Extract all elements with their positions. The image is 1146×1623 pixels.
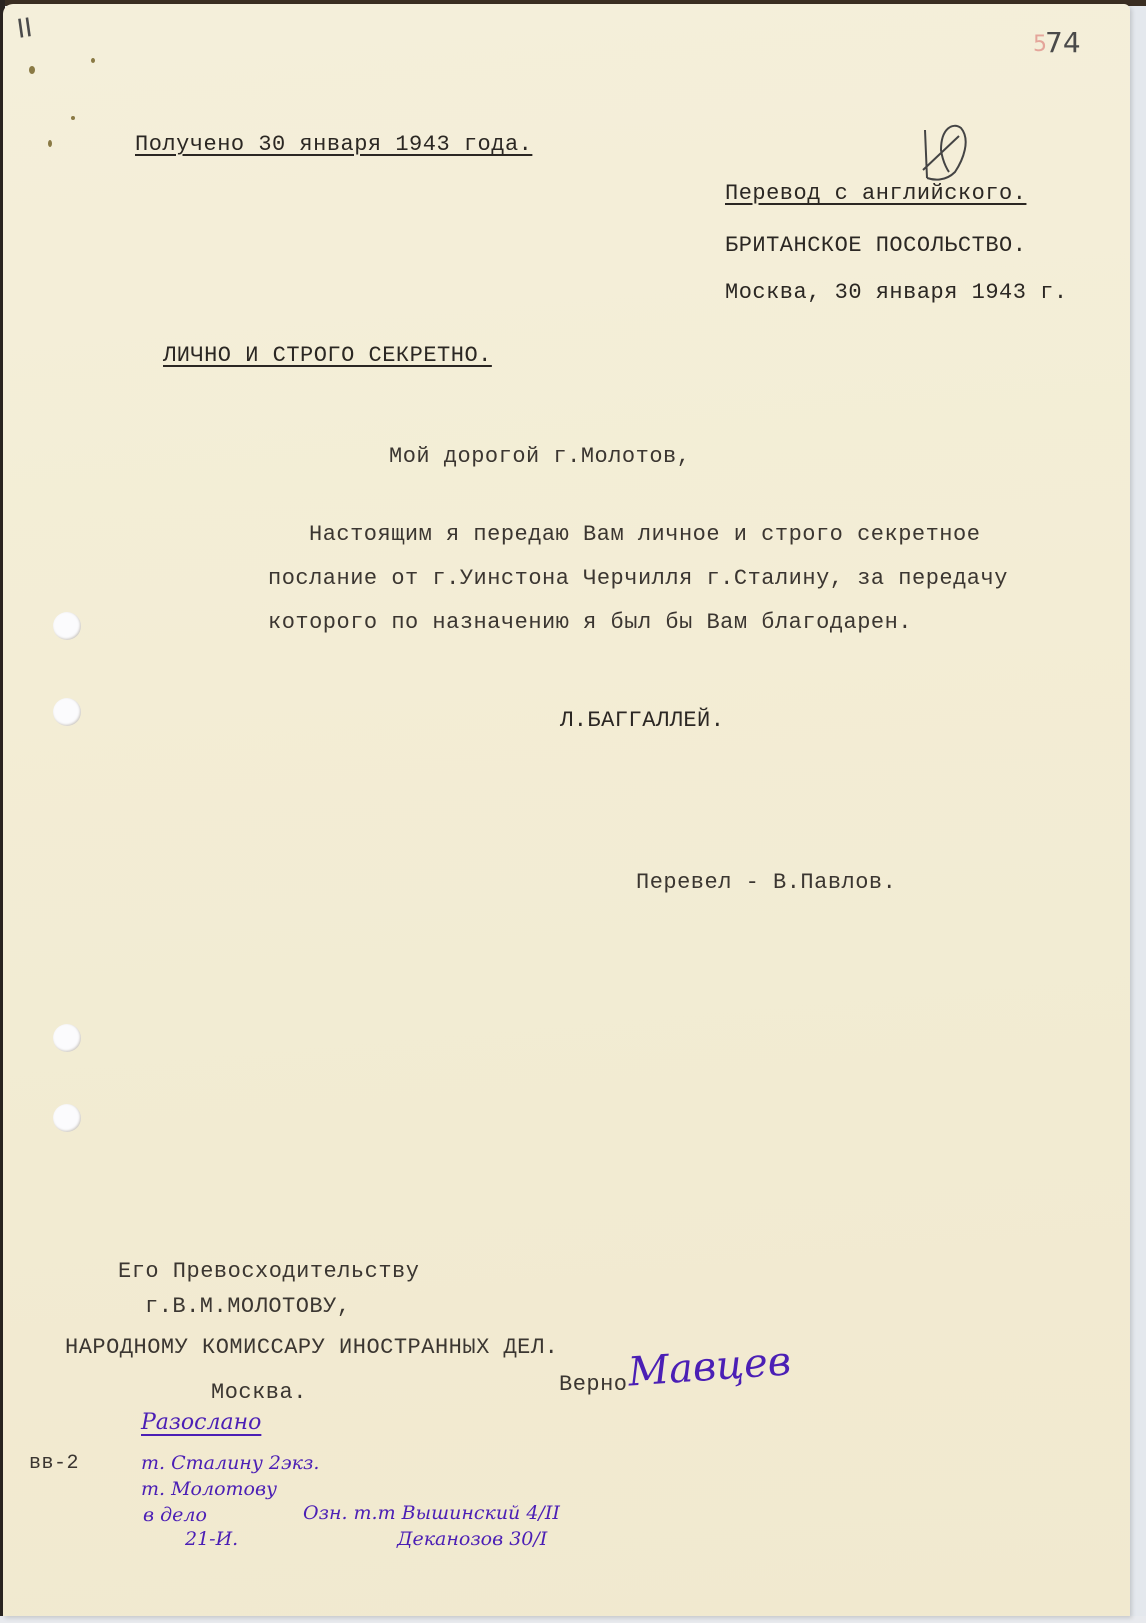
body-line-1: Настоящим я передаю Вам личное и строго … — [309, 522, 980, 547]
acquainted-line-2: Деканозов 30/I — [397, 1528, 547, 1550]
stain-spot — [91, 58, 95, 63]
punch-hole — [53, 612, 81, 640]
certified-signature: Ма‌вцев — [627, 1338, 793, 1395]
stain-spot — [71, 116, 75, 120]
classification: ЛИЧНО И СТРОГО СЕКРЕТНО. — [163, 343, 492, 368]
document-page: II 5 74 Получено 30 января 1943 года. Пе… — [3, 4, 1130, 1616]
distribution-line-3: в дело — [143, 1504, 207, 1526]
salutation: Мой дорогой г.Молотов, — [389, 444, 690, 469]
place-date: Москва, 30 января 1943 г. — [725, 280, 1068, 305]
stain-spot — [29, 66, 35, 74]
page-number: 74 — [1045, 26, 1081, 59]
punch-hole — [53, 1104, 81, 1132]
certified-label: Верно — [559, 1372, 628, 1397]
scan-right-margin — [1130, 6, 1146, 1623]
typist-code: вв-2 — [29, 1452, 79, 1475]
distribution-line-2: т. Молотову — [141, 1478, 277, 1500]
scan-bottom-margin — [0, 1616, 1146, 1623]
punch-hole — [53, 1024, 81, 1052]
acquainted-line-1: Озн. т.т Вышинский 4/II — [303, 1502, 560, 1524]
corner-mark: II — [15, 13, 34, 45]
addressee-line-4: Москва. — [211, 1380, 307, 1405]
body-line-2: послание от г.Уинстона Черчилля г.Сталин… — [268, 566, 1008, 591]
distribution-line-1: т. Сталину 2экз. — [141, 1452, 319, 1474]
initials-scribble-icon — [919, 120, 979, 190]
stain-spot — [48, 140, 52, 147]
distribution-line-4: 21-И. — [185, 1528, 238, 1550]
signature: Л.БАГГАЛЛЕЙ. — [560, 708, 724, 733]
translator-line: Перевел - В.Павлов. — [636, 870, 896, 895]
received-line: Получено 30 января 1943 года. — [135, 132, 532, 157]
body-line-3: которого по назначению я был бы Вам благ… — [268, 610, 912, 635]
sender-org: БРИТАНСКОЕ ПОСОЛЬСТВО. — [725, 233, 1026, 258]
addressee-line-3: НАРОДНОМУ КОМИССАРУ ИНОСТРАННЫХ ДЕЛ. — [65, 1335, 558, 1360]
translation-note: Перевод с английского. — [725, 181, 1026, 206]
addressee-line-1: Его Превосходительству — [118, 1259, 419, 1284]
addressee-line-2: г.В.М.МОЛОТОВУ, — [145, 1294, 351, 1319]
punch-hole — [53, 698, 81, 726]
initials-mark — [855, 62, 979, 260]
distribution-heading: Разослано — [141, 1410, 261, 1435]
